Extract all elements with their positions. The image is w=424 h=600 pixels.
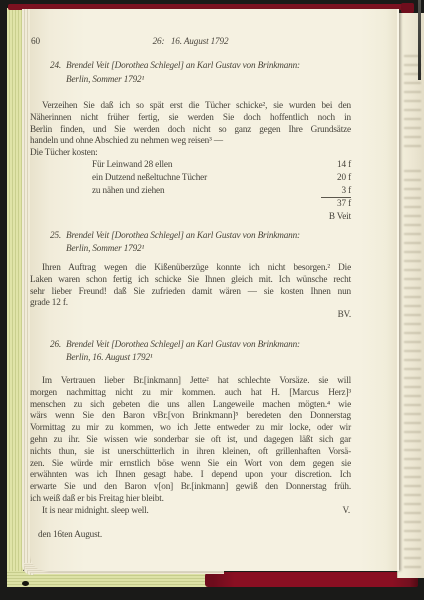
text-line: Laken waren schon fertig ich schicke Sie… [30,274,351,286]
book-cover-corner [401,3,414,13]
letter-number: 24. [50,59,66,86]
letter-26-heading: 26. Brendel Veit [Dorothea Schlegel] an … [30,338,351,365]
text-line: Berlin finden, und Sie werden doch nicht… [30,124,351,136]
letter-26-signature: V. [343,505,351,517]
cost-row: ein Dutzend neßeltuchne Tücher 20 f [30,172,351,185]
book-edge-mark [22,581,29,586]
text-line: handeln und ohne Abschied zu nehmen weg … [30,135,351,147]
heading-line: Brendel Veit [Dorothea Schlegel] an Karl… [66,338,351,352]
letter-heading-text: Brendel Veit [Dorothea Schlegel] an Karl… [66,338,351,365]
letter-26-body: Im Vertrauen lieber Br.[inkmann] Jette² … [30,375,351,505]
text-line: Ihren Auftrag wegen die Kißenüberzüge ko… [30,262,351,274]
cost-total: 37 f [321,198,351,211]
text-line: zen. Sie würde mir ernstlich böse wenn S… [30,458,351,470]
letter-25-body: Ihren Auftrag wegen die Kißenüberzüge ko… [30,262,351,309]
letter-25-heading: 25. Brendel Veit [Dorothea Schlegel] an … [30,229,351,256]
text-line: Näherinnen nicht früher fertig, sie werd… [30,112,351,124]
heading-line: Brendel Veit [Dorothea Schlegel] an Karl… [66,229,351,243]
letter-24-signature: B Veit [30,211,351,224]
text-line: menschen zu sich gebeten die uns allen L… [30,399,351,411]
heading-line: Berlin, 16. August 1792¹ [66,351,351,365]
text-line: sehr lieber Freund! daß Sie zufrieden da… [30,286,351,298]
letter-25-signature: BV. [30,309,351,321]
spacer [30,198,321,211]
cost-row: zu nähen und ziehen 3 f [30,185,351,198]
letter-heading-text: Brendel Veit [Dorothea Schlegel] an Karl… [66,229,351,256]
cost-amount: 14 f [321,159,351,172]
text-line: erwähnten was ich Ihnen gesagt habe. I d… [30,469,351,481]
cost-label: ein Dutzend neßeltuchne Tücher [92,172,321,185]
letter-number: 25. [50,229,66,256]
text-line: morgen nachmittag nicht zu mir kommen. a… [30,387,351,399]
text-line: Verzeihen Sie daß ich so spät erst die T… [30,100,351,112]
costs-intro: Die Tücher kosten: [30,147,351,159]
heading-line: Brendel Veit [Dorothea Schlegel] an Karl… [66,59,351,73]
cost-amount: 20 f [321,172,351,185]
book-page-edges-left [7,8,23,586]
running-header: 26: 16. August 1792 [30,36,351,48]
cost-row: Für Leinwand 28 ellen 14 f [30,159,351,172]
letter-number: 26. [50,338,66,365]
letter-24-heading: 24. Brendel Veit [Dorothea Schlegel] an … [30,59,351,86]
next-page-showthrough-text [404,170,421,570]
cost-total-row: 37 f [30,198,351,211]
book-cover-bottom-edge [205,572,418,587]
letter-heading-text: Brendel Veit [Dorothea Schlegel] an Karl… [66,59,351,86]
text-line: Im Vertrauen lieber Br.[inkmann] Jette² … [30,375,351,387]
page-content: 60 26: 16. August 1792 24. Brendel Veit … [30,36,351,540]
text-line: nichts thun, sie ist unerschütterlich in… [30,446,351,458]
heading-line: Berlin, Sommer 1792¹ [66,73,351,87]
text-line: ich weiß daß er bis Freitag hier bleibt. [30,493,351,505]
cost-list: Für Leinwand 28 ellen 14 f ein Dutzend n… [30,159,351,224]
cost-label: Für Leinwand 28 ellen [92,159,321,172]
text-line: grade 12 f. [30,297,351,309]
letter-24-body: Verzeihen Sie daß ich so spät erst die T… [30,100,351,147]
text-line: erwarte Sie und den Baron v[on] Br.[inkm… [30,481,351,493]
dateline: den 16ten August. [30,529,351,541]
closing-line: It is near midnight. sleep well. [30,505,343,517]
letter-26-closing-row: It is near midnight. sleep well. V. [30,505,351,517]
book-spine-shadow [418,0,421,80]
text-line: gehn zu ihr. Sie wissen wie sonderbar si… [30,434,351,446]
text-line: wärs wenn Sie den Baron vBr.[von Brinkma… [30,410,351,422]
text-line: Vormittag zu mir zu kommen, wo ich Jette… [30,422,351,434]
cost-label: zu nähen und ziehen [92,185,321,198]
heading-line: Berlin, Sommer 1792¹ [66,242,351,256]
page-header: 60 26: 16. August 1792 [30,36,351,48]
cost-amount-underlined: 3 f [321,185,351,198]
